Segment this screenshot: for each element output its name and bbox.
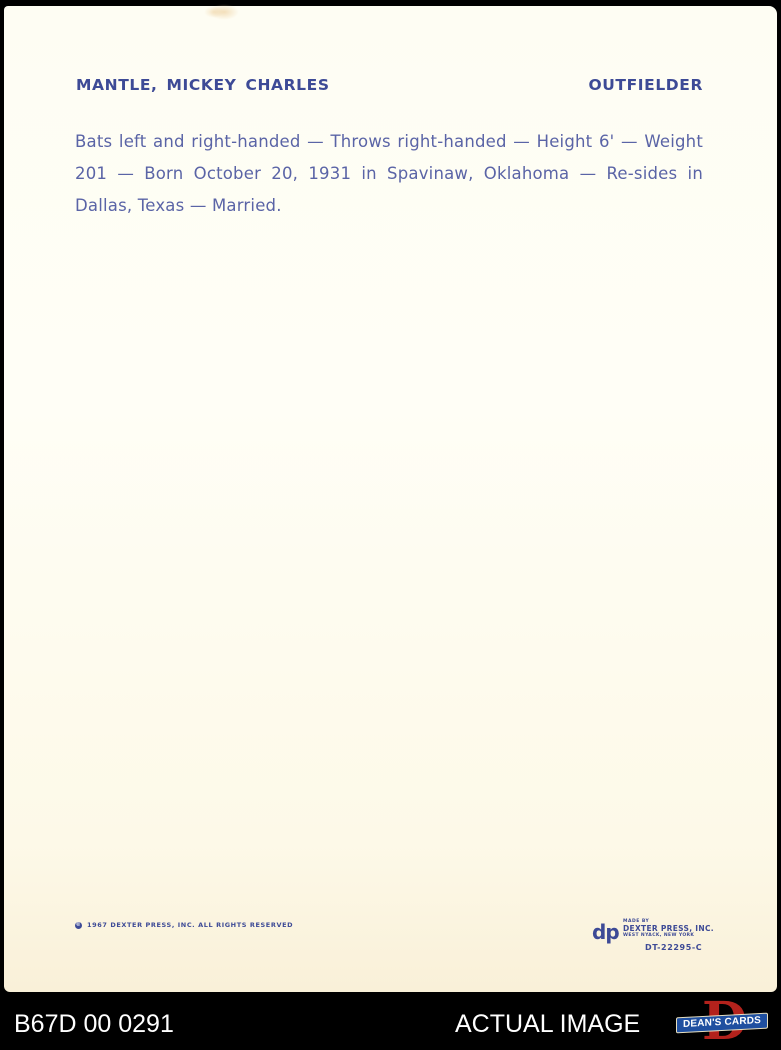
player-name: MANTLE, MICKEY CHARLES — [76, 76, 330, 94]
copyright-text: 1967 DEXTER PRESS, INC. ALL RIGHTS RESER… — [87, 921, 293, 929]
stain-mark — [209, 4, 239, 20]
cert-number: B67D 00 0291 — [14, 1010, 174, 1039]
maker-text: MADE BY DEXTER PRESS, INC. WEST NYACK, N… — [623, 919, 723, 938]
card-back: MANTLE, MICKEY CHARLES OUTFIELDER Bats l… — [4, 6, 777, 992]
player-position: OUTFIELDER — [588, 76, 703, 94]
logo-banner: DEAN'S CARDS — [676, 1013, 768, 1034]
copyright-icon: © — [75, 922, 82, 929]
deans-cards-logo: D DEAN'S CARDS — [676, 1000, 768, 1048]
card-code: DT-22295-C — [645, 943, 702, 952]
maker-location: WEST NYACK, NEW YORK — [623, 933, 723, 938]
player-bio: Bats left and right-handed — Throws righ… — [75, 126, 703, 222]
dexter-press-logo-icon: dp — [592, 920, 619, 944]
actual-image-label: ACTUAL IMAGE — [455, 1010, 640, 1039]
copyright-line: ©1967 DEXTER PRESS, INC. ALL RIGHTS RESE… — [75, 921, 293, 929]
maker-name: DEXTER PRESS, INC. — [623, 924, 723, 933]
